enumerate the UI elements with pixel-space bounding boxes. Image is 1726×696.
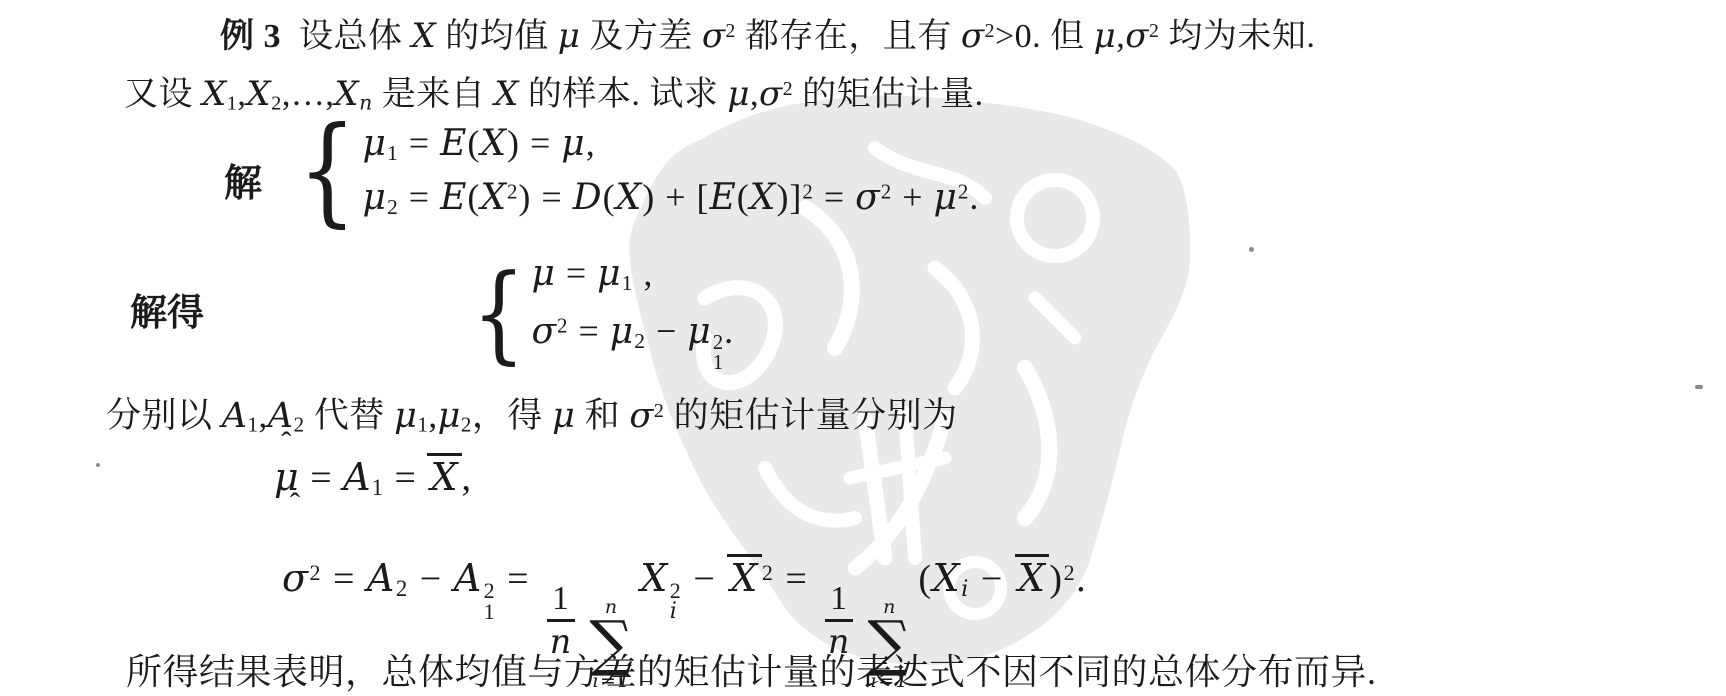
paragraph-example-intro-line2: 又设 X1,X2,…,Xn 是来自 X 的样本. 试求 μ,σ2 的矩估计量.: [124, 66, 984, 115]
solve-result-label: 解得: [130, 282, 204, 336]
paragraph-example-intro-line1: 例 3 设总体 X 的均值 μ 及方差 σ2 都存在，且有 σ2>0. 但 μ,…: [220, 8, 1315, 57]
scan-speck: [1249, 247, 1254, 252]
equation-solved-mu: μ = μ1 ,: [531, 252, 734, 296]
equation-sigma-hat: ˆσ2 = A2 − A21 = 1nn∑i=1X2i − X2 = 1nn∑i…: [282, 498, 1087, 648]
scan-speck: [1695, 385, 1703, 389]
equation-moment-1: μ1 = E(X) = μ,: [363, 122, 980, 166]
solve-label: 解: [224, 152, 262, 207]
paragraph-replace-moments: 分别以 A1,A2 代替 μ1,μ2，得 μ 和 σ2 的矩估计量分别为: [106, 388, 958, 438]
equation-moment-2: μ2 = E(X2) = D(X) + [E(X)]2 = σ2 + μ2.: [363, 176, 980, 220]
paragraph-conclusion: 所得结果表明，总体均值与方差的矩估计量的表达式不因不同的总体分布而异.: [126, 644, 1377, 695]
left-brace: {: [298, 112, 357, 230]
equation-solved-sigma: σ2 = μ2 − μ21.: [531, 310, 734, 373]
left-brace: {: [472, 260, 525, 366]
solved-equation-system: { μ = μ1 , σ2 = μ2 − μ21.: [472, 252, 734, 373]
moment-equation-system: { μ1 = E(X) = μ, μ2 = E(X2) = D(X) + [E(…: [298, 122, 979, 220]
scanned-textbook-page: 例 3 设总体 X 的均值 μ 及方差 σ2 都存在，且有 σ2>0. 但 μ,…: [0, 0, 1726, 696]
scan-speck: [96, 463, 100, 467]
